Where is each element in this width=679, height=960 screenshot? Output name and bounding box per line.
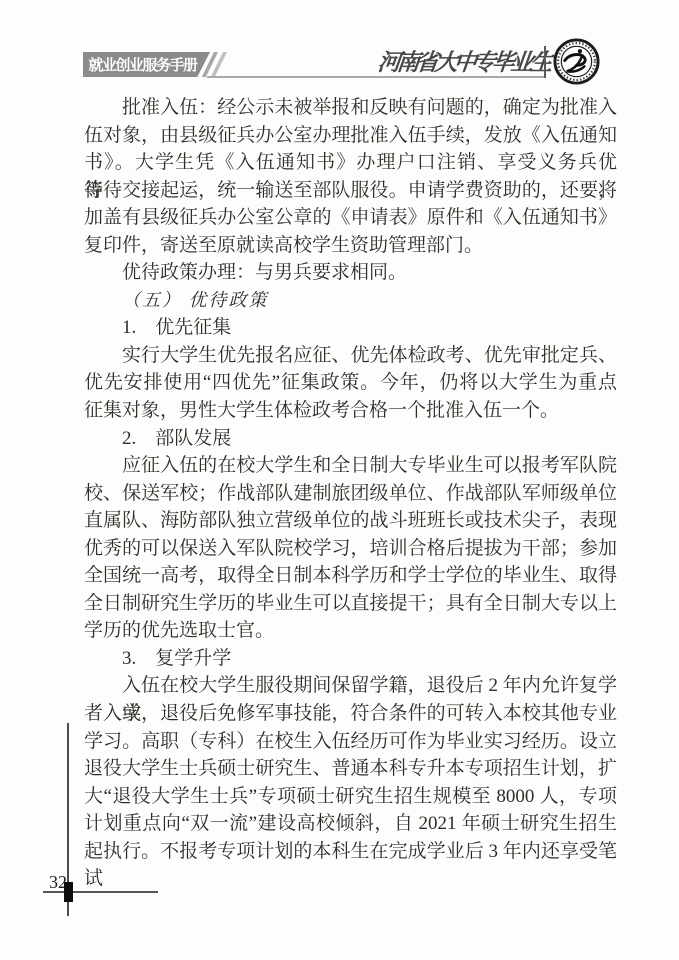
text-line: 起执行。不报考专项计划的本科生在完成学业后 3 年内还享受笔试: [84, 838, 617, 866]
text-line: 复印件，寄送至原就读高校学生资助管理部门。: [84, 232, 617, 260]
footer-black-block: [64, 882, 73, 902]
text-line: 入伍在校大学生服役期间保留学籍，退役后 2 年内允许复学或: [84, 672, 617, 700]
text-line: 3. 复学升学: [84, 645, 617, 673]
text-line: 批准入伍：经公示未被举报和反映有问题的，确定为批准入: [84, 94, 617, 122]
header-banner: 就业创业服务手册: [83, 52, 210, 77]
text-line: 书》。大学生凭《入伍通知书》办理户口注销、享受义务兵优待，: [84, 149, 617, 177]
text-line: 1. 优先征集: [84, 314, 617, 342]
text-line: 计划重点向“双一流”建设高校倾斜，自 2021 年硕士研究生招生: [84, 810, 617, 838]
document-page: 就业创业服务手册 河南省大中专毕业生 批准入伍：经公示未被举报和反映有问题的，确…: [0, 0, 679, 960]
text-line: 优秀的可以保送入军队院校学习，培训合格后提拔为干部；参加: [84, 535, 617, 563]
text-line: 实行大学生优先报名应征、优先体检政考、优先审批定兵、: [84, 342, 617, 370]
text-line: 大“退役大学生士兵”专项硕士研究生招生规模至 8000 人，专项: [84, 783, 617, 811]
text-line: 退役大学生士兵硕士研究生、普通本科专升本专项招生计划，扩: [84, 755, 617, 783]
text-line: （五） 优待政策: [84, 287, 617, 315]
masthead-divider: [544, 46, 546, 78]
text-line: 伍对象，由县级征兵办公室办理批准入伍手续，发放《入伍通知: [84, 122, 617, 150]
text-line: 加盖有县级征兵办公室公章的《申请表》原件和《入伍通知书》: [84, 204, 617, 232]
text-line: 征集对象，男性大学生体检政考合格一个批准入伍一个。: [84, 397, 617, 425]
body-text-block: 批准入伍：经公示未被举报和反映有问题的，确定为批准入伍对象，由县级征兵办公室办理…: [84, 94, 617, 865]
footer-horizontal-rule: [43, 891, 158, 893]
text-line: 全国统一高考，取得全日制本科学历和学士学位的毕业生、取得: [84, 562, 617, 590]
text-line: 全日制研究生学历的毕业生可以直接提干；具有全日制大专以上: [84, 590, 617, 618]
text-line: 优待政策办理：与男兵要求相同。: [84, 259, 617, 287]
text-line: 等待交接起运，统一输送至部队服役。申请学费资助的，还要将: [84, 177, 617, 205]
text-line: 者入学，退役后免修军事技能，符合条件的可转入本校其他专业: [84, 700, 617, 728]
emblem-seal-icon: [552, 37, 601, 86]
text-line: 直属队、海防部队独立营级单位的战斗班班长或技术尖子，表现: [84, 507, 617, 535]
text-line: 学历的优先选取士官。: [84, 617, 617, 645]
text-line: 2. 部队发展: [84, 425, 617, 453]
text-line: 学习。高职（专科）在校生入伍经历可作为毕业实习经历。设立: [84, 728, 617, 756]
text-line: 应征入伍的在校大学生和全日制大专毕业生可以报考军队院: [84, 452, 617, 480]
text-line: 优先安排使用“四优先”征集政策。今年，仍将以大学生为重点: [84, 369, 617, 397]
masthead-title: 河南省大中专毕业生: [376, 44, 549, 77]
banner-label: 就业创业服务手册: [88, 54, 204, 75]
text-line: 校、保送军校；作战部队建制旅团级单位、作战部队军师级单位: [84, 480, 617, 508]
